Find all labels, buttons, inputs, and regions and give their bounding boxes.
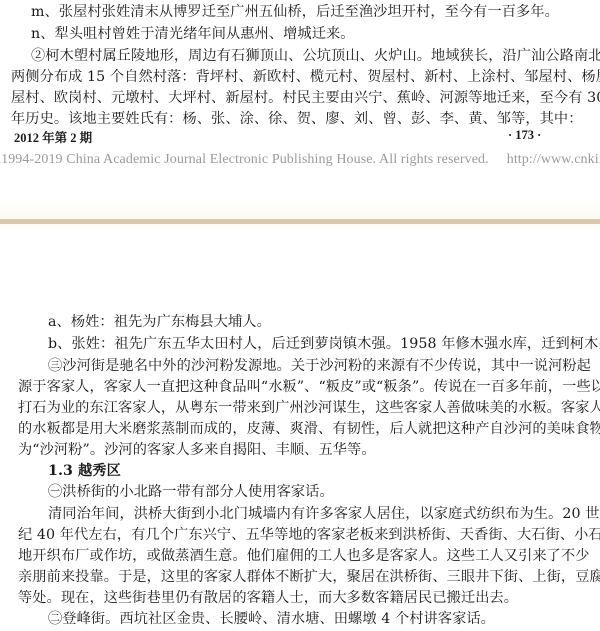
text-line: 清同治年间，洪桥大街到小北门城墙内有许多客家人居住，以家庭式纺织布为生。20 世	[48, 504, 600, 524]
text-line: 源于客家人，客家人一直把这种食品叫“水粄”、“粄皮”或“粄条”。传说在一百多年前…	[18, 377, 600, 397]
text-line: 地开织布厂或作坊，或做蒸酒生意。他们雇佣的工人也多是客家人。这些工人又引来了不少	[18, 546, 590, 566]
text-line: 打石为业的东江客家人，从粤东一带来到广州沙河谋生，这些客家人善做味美的水粄。客家…	[18, 398, 600, 418]
copyright-watermark: n1994-2019 China Academic Journal Electr…	[0, 152, 600, 168]
top-page-fragment: m、张屋村张姓清末从博罗迁至广州五仙桥，后迁至渔沙坦开村，至今有一百多年。 n、…	[0, 0, 600, 215]
text-line: 年历史。该地主要姓氏有：杨、张、涂、徐、贺、廖、刘、曾、彭、李、黄、邹等，其中：	[11, 109, 583, 129]
page-divider	[0, 219, 600, 224]
copyright-text: n1994-2019 China Academic Journal Electr…	[0, 152, 489, 167]
text-line: n、犁头咀村曾姓于清光绪年间从惠州、增城迁来。	[31, 24, 355, 44]
text-line: ②柯木塱村属丘陵地形，周边有石狮顶山、公坑顶山、火炉山。地域狭长，沿广汕公路南北	[31, 46, 600, 66]
text-line: ㊂沙河街是驰名中外的沙河粉发源地。关于沙河粉的来源有不少传说，其中一说河粉起	[48, 356, 591, 376]
text-line: ㊀洪桥街的小北路一带有部分人使用客家话。	[48, 482, 334, 502]
text-line: 纪 40 年代左右，有几个广东兴宁、五华等地的客家老板来到洪桥街、天香街、大石街…	[18, 525, 600, 545]
text-line: 等处。现在，这些街巷里仍有散居的客籍人士，而大多数客籍居民已搬迁出去。	[18, 588, 518, 608]
text-line: a、杨姓：祖先为广东梅县大埔人。	[48, 312, 271, 332]
section-heading: 1.3 越秀区	[48, 461, 121, 481]
text-line: 屋村、欧岗村、元墩村、大坪村、新屋村。村民主要由兴宁、蕉岭、河源等地迁来，至今有…	[11, 88, 600, 108]
text-line: 的水粄都是用大米磨浆蒸制而成的，皮薄、爽滑、有韧性，后人就把这种产自沙河的美味食…	[18, 419, 600, 439]
text-line: 两侧分布成 15 个自然村落：背坪村、新欧村、榄元村、贺屋村、新村、上涂村、邹屋…	[11, 67, 600, 87]
text-line: ㊁登峰街。西坑社区金贵、长腰岭、清水塘、田螺墩 4 个村讲客家话。	[48, 609, 495, 629]
bottom-page-fragment: a、杨姓：祖先为广东梅县大埔人。 b、张姓：祖先广东五华太田村人，后迁到萝岗镇木…	[0, 228, 600, 631]
page-number: · 173 ·	[508, 128, 541, 143]
text-line: 亲朋前来投靠。于是，这里的客家人群体不断扩大，聚居在洪桥街、三眼井下街、上街，豆…	[18, 567, 600, 587]
watermark-url: http://www.cnki.	[507, 152, 600, 167]
issue-label: 2012 年第 2 期	[14, 128, 92, 146]
text-line: m、张屋村张姓清末从博罗迁至广州五仙桥，后迁至渔沙坦开村，至今有一百多年。	[31, 2, 559, 22]
text-line: 为“沙河粉”。沙河的客家人多来自揭阳、丰顺、五华等。	[18, 440, 376, 460]
text-line: b、张姓：祖先广东五华太田村人，后迁到萝岗镇木强。1958 年修木强水库，迁到柯…	[48, 334, 600, 354]
